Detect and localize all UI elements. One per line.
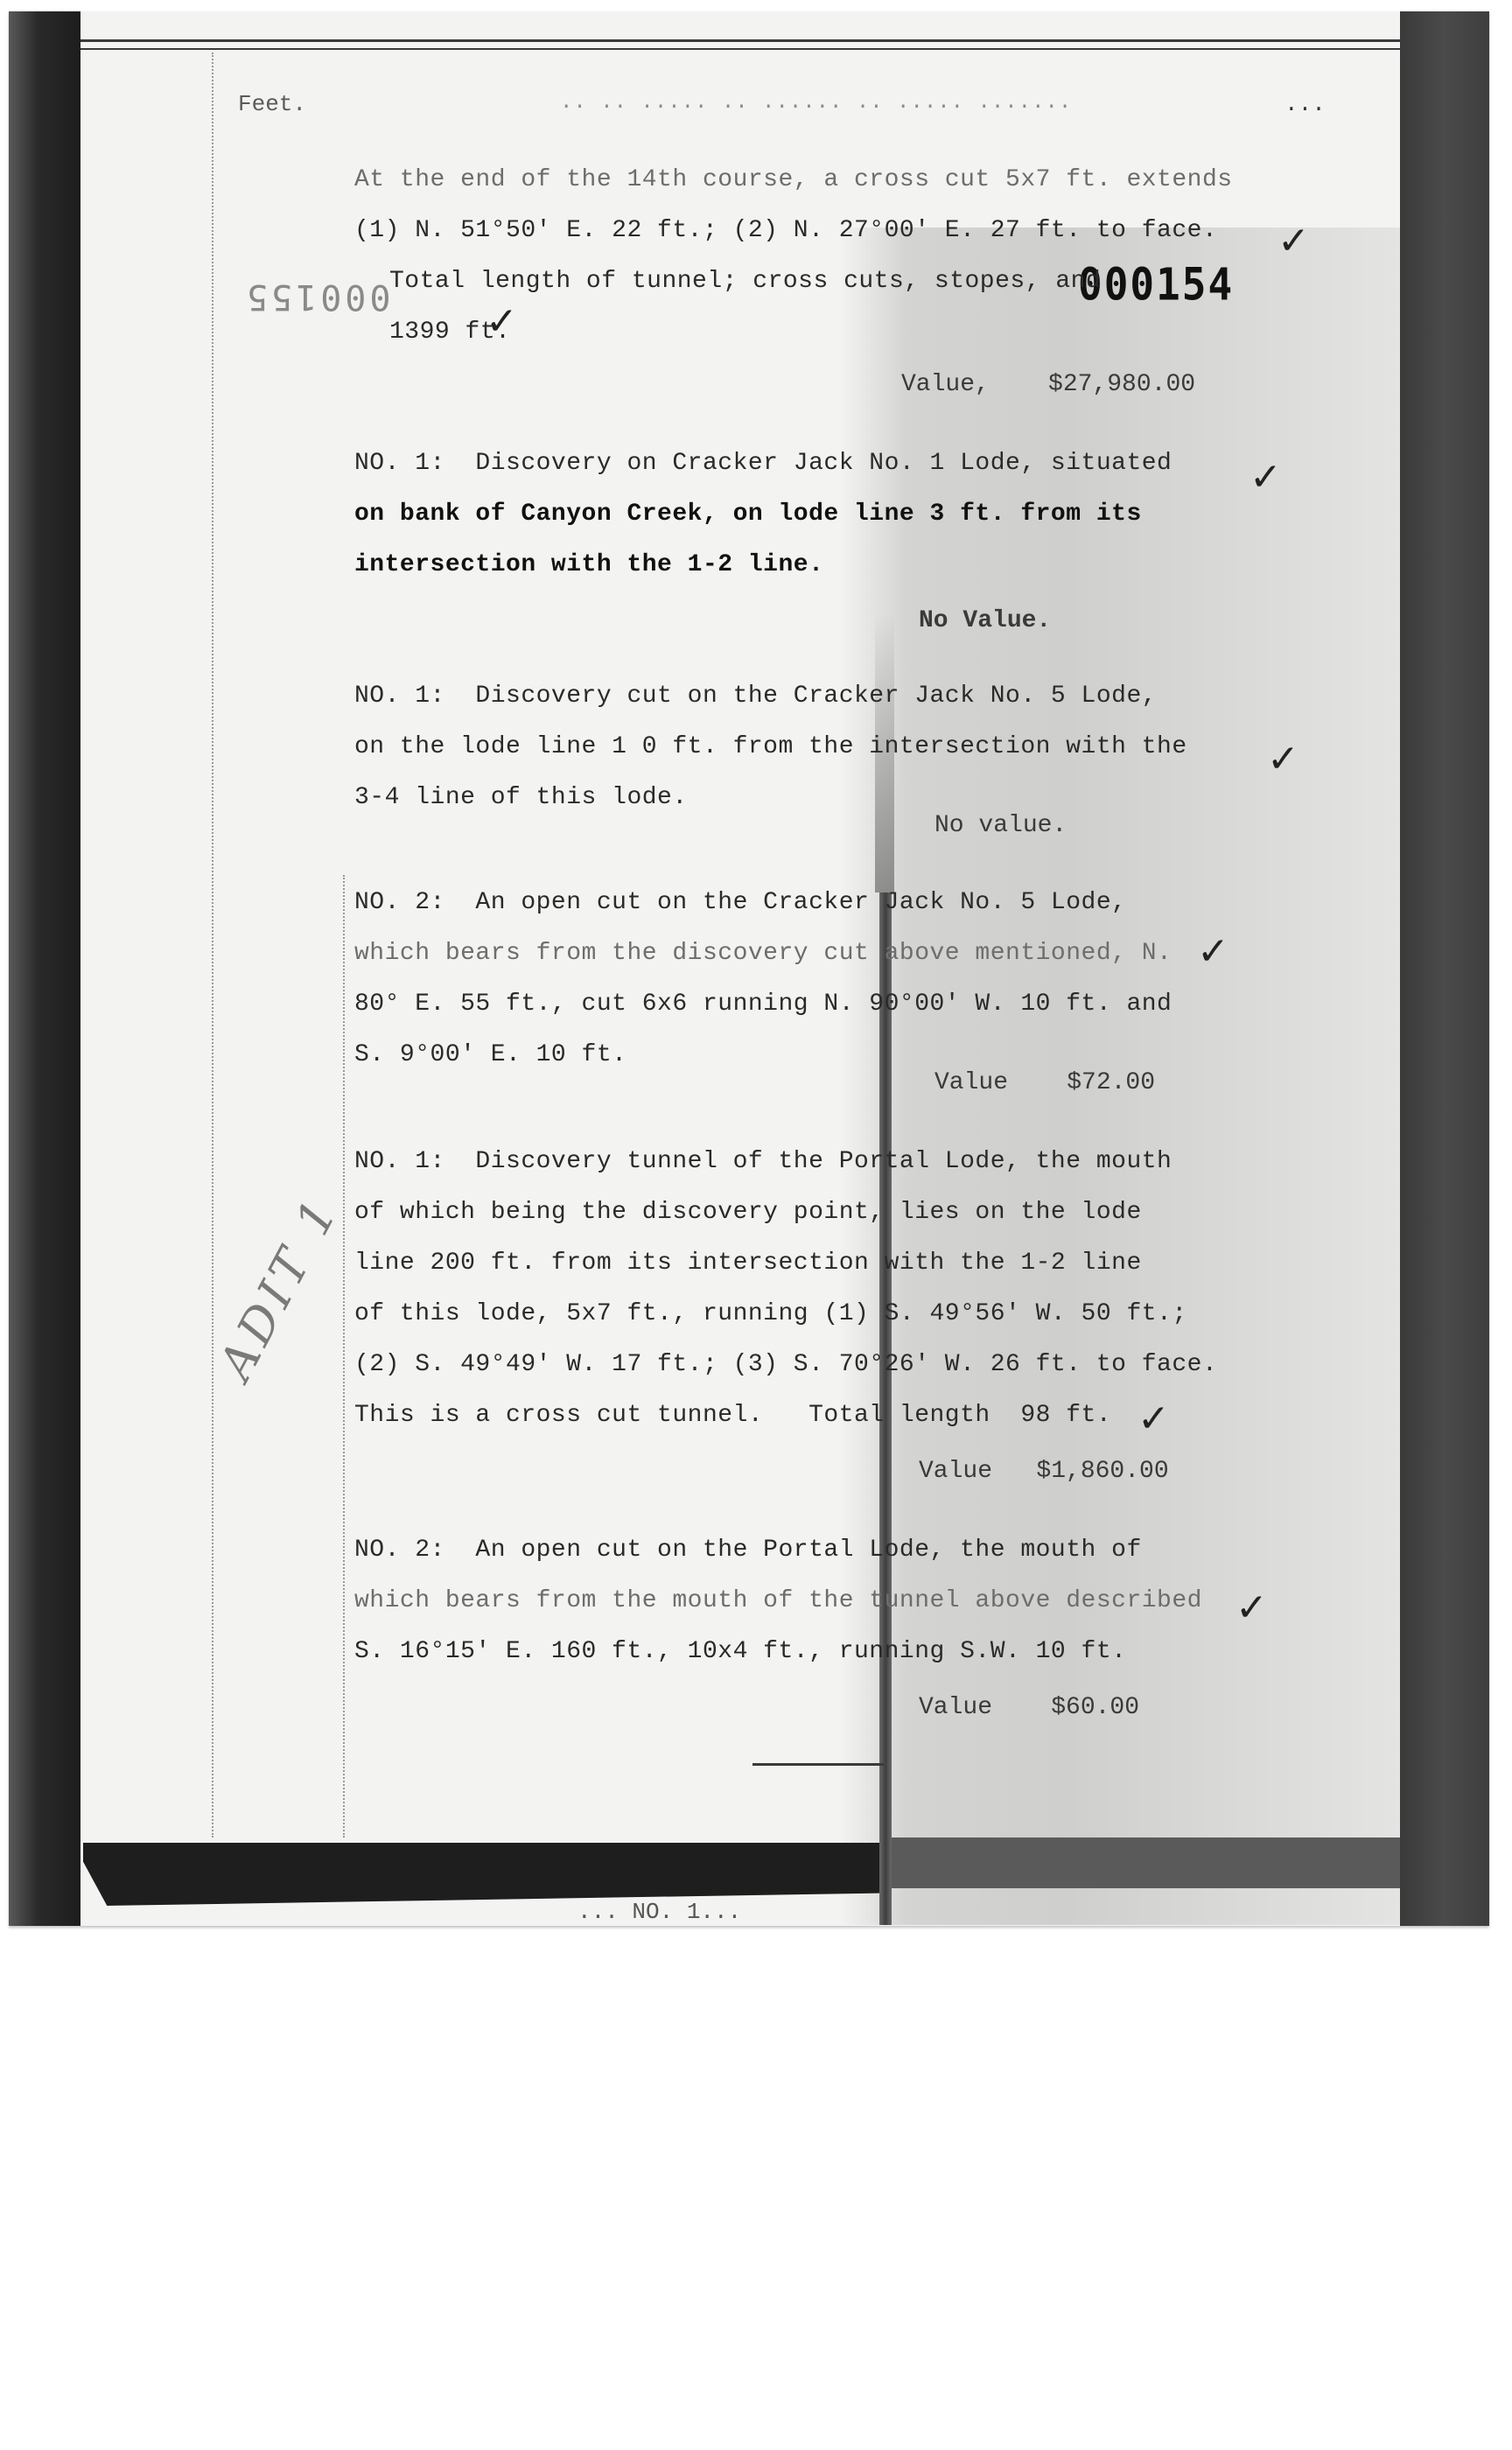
check-mark-icon: ✓: [1137, 1396, 1170, 1441]
text-line: on the lode line 1 0 ft. from the inters…: [354, 733, 1187, 760]
top-rule-1: [80, 39, 1400, 42]
check-mark-icon: ✓: [1277, 219, 1310, 263]
text-line: NO. 2: An open cut on the Cracker Jack N…: [354, 889, 1126, 916]
text-line: 80° E. 55 ft., cut 6x6 running N. 90°00'…: [354, 990, 1172, 1018]
footer-page-label: ... NO. 1...: [577, 1899, 741, 1925]
bates-stamp: 000154: [1078, 258, 1234, 310]
text-line: NO. 2: An open cut on the Portal Lode, t…: [354, 1536, 1142, 1564]
text-line: This is a cross cut tunnel. Total length…: [354, 1402, 1111, 1429]
section-value: Value $1,860.00: [919, 1458, 1169, 1485]
header-feet-label: Feet.: [238, 91, 306, 117]
text-line: (1) N. 51°50' E. 22 ft.; (2) N. 27°00' E…: [354, 217, 1217, 244]
check-mark-icon: ✓: [486, 299, 518, 344]
scan-edge-left: [9, 11, 80, 1926]
section-value: Value, $27,980.00: [901, 371, 1195, 398]
header-marks: ...: [1284, 91, 1326, 117]
closing-rule: [752, 1763, 884, 1766]
text-line: intersection with the 1-2 line.: [354, 551, 823, 578]
margin-line-left: [212, 52, 213, 1837]
check-mark-icon: ✓: [1249, 455, 1282, 500]
text-line: S. 16°15' E. 160 ft., 10x4 ft., running …: [354, 1638, 1126, 1665]
text-line: of this lode, 5x7 ft., running (1) S. 49…: [354, 1300, 1187, 1327]
text-line: NO. 1: Discovery tunnel of the Portal Lo…: [354, 1148, 1172, 1175]
scan-edge-right: [1400, 11, 1489, 1926]
text-line: on bank of Canyon Creek, on lode line 3 …: [354, 500, 1142, 528]
text-line: NO. 1: Discovery cut on the Cracker Jack…: [354, 682, 1157, 710]
text-line: At the end of the 14th course, a cross c…: [354, 166, 1233, 193]
check-mark-icon: ✓: [1267, 737, 1299, 781]
check-mark-icon: ✓: [1235, 1585, 1268, 1630]
check-mark-icon: ✓: [1197, 929, 1229, 974]
text-line: line 200 ft. from its intersection with …: [354, 1249, 1142, 1277]
margin-line-inner: [343, 875, 345, 1837]
section-value: No value.: [934, 812, 1067, 839]
text-line: 3-4 line of this lode.: [354, 784, 688, 811]
text-line: of which being the discovery point, lies…: [354, 1199, 1142, 1226]
section-value: Value $60.00: [919, 1694, 1139, 1721]
text-line: which bears from the mouth of the tunnel…: [354, 1587, 1202, 1614]
header-illegible-text: .. .. ..... .. ...... .. ..... .......: [560, 91, 1072, 115]
text-line: (2) S. 49°49' W. 17 ft.; (3) S. 70°26' W…: [354, 1351, 1217, 1378]
section-value: Value $72.00: [934, 1069, 1155, 1096]
section-value: No Value.: [919, 607, 1051, 634]
top-rule-2: [80, 48, 1400, 50]
text-line: Total length of tunnel; cross cuts, stop…: [389, 268, 1101, 295]
text-line: NO. 1: Discovery on Cracker Jack No. 1 L…: [354, 450, 1172, 477]
bleed-through-stamp: 000155: [243, 276, 391, 317]
scan-edge-bottom-right: [892, 1837, 1400, 1888]
text-line: which bears from the discovery cut above…: [354, 940, 1172, 967]
text-line: S. 9°00' E. 10 ft.: [354, 1041, 626, 1068]
